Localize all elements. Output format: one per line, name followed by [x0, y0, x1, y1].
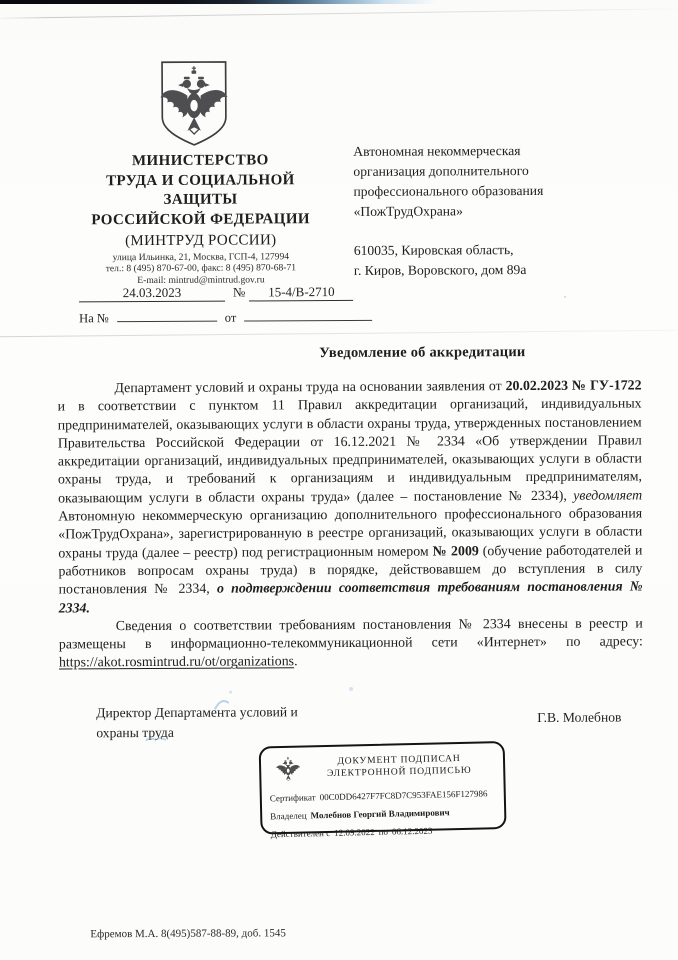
na-blank-line — [117, 308, 217, 323]
digital-signature-stamp: ДОКУМЕНТ ПОДПИСАН ЭЛЕКТРОННОЙ ПОДПИСЬЮ С… — [259, 741, 507, 835]
text-line: организация дополнительного — [353, 160, 633, 181]
body-paragraph-1: Департамент условий и охраны труда на ос… — [57, 377, 642, 618]
text-segment: Сведения о соответствии требованиям пост… — [59, 616, 643, 652]
ministry-block: МИНИСТЕРСТВО ТРУДА И СОЦИАЛЬНОЙ ЗАЩИТЫ Р… — [56, 151, 345, 287]
url-link[interactable]: https://akot.rosmintrud.ru/ot/organizati… — [59, 655, 294, 671]
scan-speck — [564, 296, 566, 298]
validity-from: 12.09.2022 — [334, 827, 375, 838]
text-segment: Департамент условий и охраны труда на ос… — [114, 379, 505, 396]
certificate-value: 00C0DD6427F7FC8D7C953FAE156F127986 — [320, 788, 488, 802]
recipient-org: Автономная некоммерческаяорганизация доп… — [353, 140, 633, 221]
owner-label: Владелец — [270, 811, 307, 822]
text-segment: уведомляет — [573, 488, 642, 503]
validity-to-label: по — [379, 827, 389, 837]
number-sign: № — [233, 284, 245, 300]
outgoing-reference-row: 24.03.2023 № 15-4/В-2710 — [79, 284, 369, 303]
text-line: 610035, Кировская область, — [354, 239, 634, 260]
incoming-reference-row: На № от — [79, 307, 372, 327]
body-paragraph-2: Сведения о соответствии требованиям пост… — [59, 615, 643, 673]
pen-speck — [229, 691, 232, 694]
ministry-short-name: (МИНТРУД РОССИИ) — [57, 229, 345, 253]
stamp-certificate-line: Сертификат00C0DD6427F7FC8D7C953FAE156F12… — [270, 787, 496, 805]
letter-sheet: МИНИСТЕРСТВО ТРУДА И СОЦИАЛЬНОЙ ЗАЩИТЫ Р… — [0, 0, 678, 960]
stamp-title: ДОКУМЕНТ ПОДПИСАН ЭЛЕКТРОННОЙ ПОДПИСЬЮ — [303, 749, 496, 780]
text-segment: и в соответствии с пунктом 11 Правил акк… — [58, 397, 642, 507]
letter-body: Департамент условий и охраны труда на ос… — [57, 377, 643, 673]
letter-title: Уведомление об аккредитации — [59, 343, 678, 363]
owner-value: Молебнов Георгий Владимирович — [310, 807, 449, 820]
russia-coat-of-arms-icon — [152, 59, 236, 151]
scanned-letter-page: МИНИСТЕРСТВО ТРУДА И СОЦИАЛЬНОЙ ЗАЩИТЫ Р… — [0, 0, 678, 960]
certificate-label: Сертификат — [270, 792, 316, 803]
stamp-validity-line: Действителен с12.09.2022по06.12.2023 — [271, 823, 497, 841]
outgoing-date: 24.03.2023 — [79, 285, 225, 303]
footer-contact: Ефремов М.А. 8(495)587-88-89, доб. 1545 — [90, 927, 286, 940]
outgoing-number: 15-4/В-2710 — [249, 284, 353, 302]
signature-name: Г.В. Молебнов — [537, 710, 621, 726]
ministry-name-line: ТРУДА И СОЦИАЛЬНОЙ — [56, 170, 344, 191]
fold-line — [0, 330, 678, 338]
text-line: «ПожТрудОхрана» — [354, 200, 634, 221]
validity-label: Действителен с — [271, 828, 331, 839]
ministry-name-line: РОССИЙСКОЙ ФЕДЕРАЦИИ — [57, 209, 345, 230]
scan-speck — [118, 456, 120, 458]
na-label: На № — [79, 311, 109, 326]
stamp-coat-of-arms-icon — [273, 754, 304, 788]
validity-to: 06.12.2023 — [392, 826, 433, 837]
signature-position-line: охраны труда — [96, 722, 346, 743]
ot-label: от — [225, 311, 237, 326]
text-segment: . — [294, 655, 298, 670]
text-line: г. Киров, Воровского, дом 89а — [354, 259, 634, 280]
text-line: профессионального образования — [353, 180, 633, 201]
ministry-name-line: ЗАЩИТЫ — [56, 190, 344, 211]
ot-blank-line — [244, 307, 372, 322]
text-segment: 20.02.2023 № ГУ-1722 — [506, 378, 642, 394]
pen-mark-icon — [145, 735, 167, 743]
stamp-header: ДОКУМЕНТ ПОДПИСАН ЭЛЕКТРОННОЙ ПОДПИСЬЮ — [269, 749, 496, 787]
pen-mark-icon — [213, 697, 231, 711]
ministry-name-line: МИНИСТЕРСТВО — [56, 151, 344, 172]
stamp-owner-line: ВладелецМолебнов Георгий Владимирович — [270, 805, 496, 823]
recipient-block: Автономная некоммерческаяорганизация доп… — [353, 140, 634, 280]
recipient-address: 610035, Кировская область,г. Киров, Воро… — [354, 239, 634, 280]
text-line: Автономная некоммерческая — [353, 140, 633, 161]
text-segment: № 2009 — [433, 544, 479, 559]
pen-speck — [349, 687, 353, 691]
